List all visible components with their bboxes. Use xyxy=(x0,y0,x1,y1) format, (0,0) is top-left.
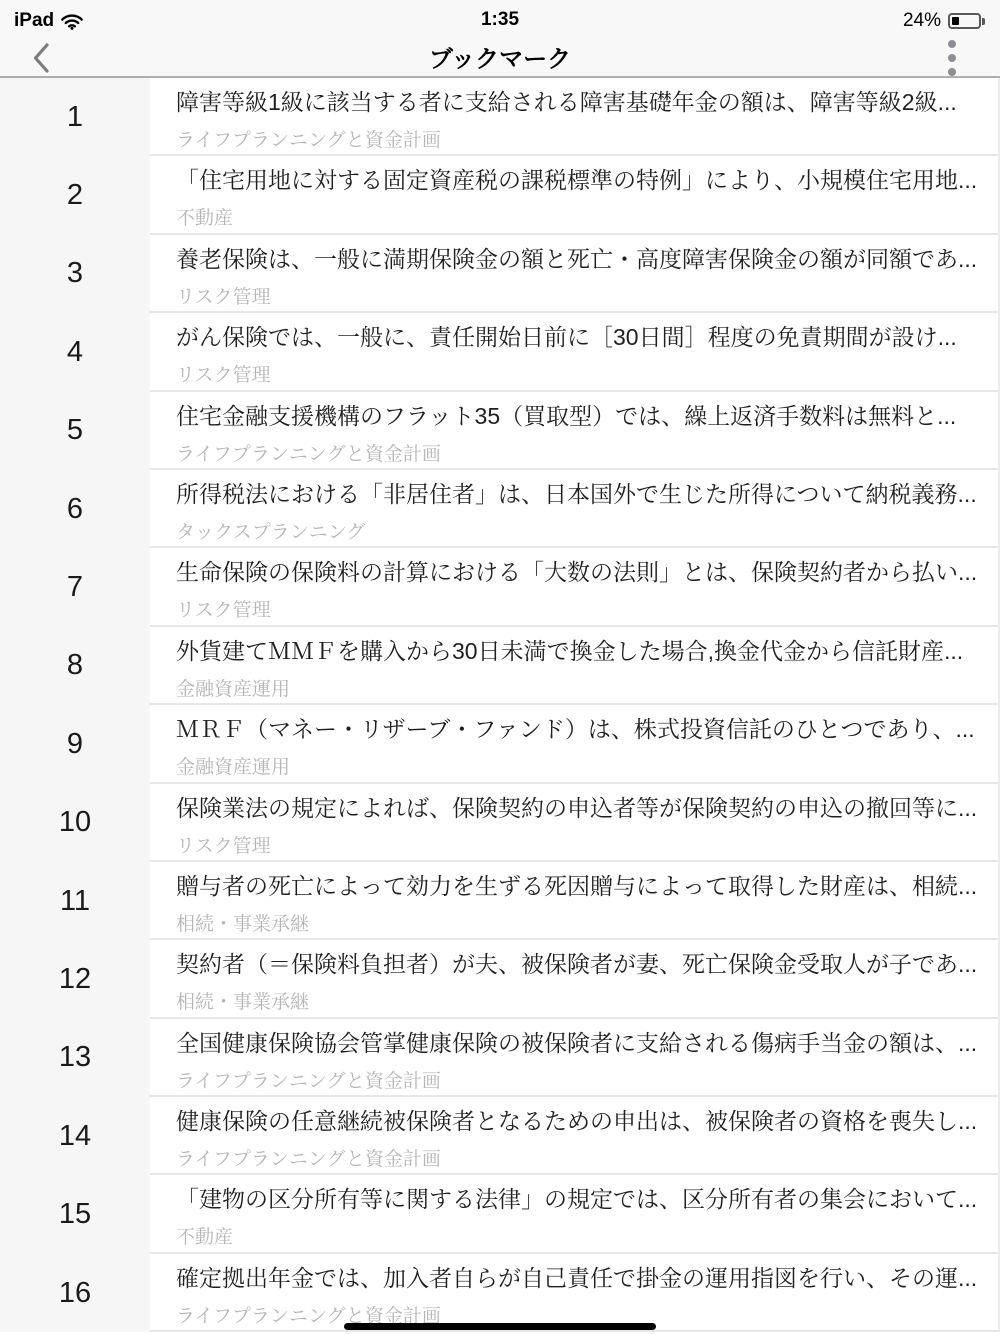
bookmark-title: 養老保険は、一般に満期保険金の額と死亡・高度障害保険金の額が同額であ... xyxy=(176,245,990,274)
bookmark-row[interactable]: 6 所得税法における「非居住者」は、日本国外で生じた所得について納税義務... … xyxy=(0,470,1000,548)
bookmark-title: がん保険では、一般に、責任開始日前に［30日間］程度の免責期間が設け... xyxy=(176,323,990,352)
bookmark-category: ライフプランニングと資金計画 xyxy=(176,439,990,466)
status-bar: iPad 1:35 24% xyxy=(0,0,1000,40)
bookmark-row[interactable]: 7 生命保険の保険料の計算における「大数の法則」とは、保険契約者から払い... … xyxy=(0,548,1000,626)
back-button[interactable] xyxy=(32,40,50,76)
bookmark-row[interactable]: 14 健康保険の任意継続被保険者となるための申出は、被保険者の資格を喪失し...… xyxy=(0,1097,1000,1175)
bookmark-content: 「建物の区分所有等に関する法律」の規定では、区分所有者の集会において... 不動… xyxy=(150,1175,1000,1253)
bookmark-content: 契約者（＝保険料負担者）が夫、被保険者が妻、死亡保険金受取人が子であ... 相続… xyxy=(150,940,1000,1018)
bookmark-title: 住宅金融支援機構のフラット35（買取型）では、繰上返済手数料は無料と... xyxy=(176,402,990,431)
bookmark-category: リスク管理 xyxy=(176,831,990,858)
bookmark-category: 不動産 xyxy=(176,203,990,230)
bookmark-row[interactable]: 5 住宅金融支援機構のフラット35（買取型）では、繰上返済手数料は無料と... … xyxy=(0,392,1000,470)
overflow-menu-button[interactable] xyxy=(942,38,962,78)
bookmark-content: 贈与者の死亡によって効力を生ずる死因贈与によって取得した財産は、相続... 相続… xyxy=(150,862,1000,940)
bookmark-number: 5 xyxy=(0,392,150,470)
bookmark-row[interactable]: 2 「住宅用地に対する固定資産税の課税標準の特例」により、小規模住宅用地... … xyxy=(0,156,1000,234)
bookmark-category: リスク管理 xyxy=(176,595,990,622)
bookmark-row[interactable]: 1 障害等級1級に該当する者に支給される障害基礎年金の額は、障害等級2級... … xyxy=(0,78,1000,156)
bookmark-list: 1 障害等級1級に該当する者に支給される障害基礎年金の額は、障害等級2級... … xyxy=(0,78,1000,1332)
status-time: 1:35 xyxy=(481,9,519,31)
bookmark-title: 契約者（＝保険料負担者）が夫、被保険者が妻、死亡保険金受取人が子であ... xyxy=(176,950,990,979)
bookmark-content: 生命保険の保険料の計算における「大数の法則」とは、保険契約者から払い... リス… xyxy=(150,548,1000,626)
bookmark-title: 保険業法の規定によれば、保険契約の申込者等が保険契約の申込の撤回等に... xyxy=(176,794,990,823)
bookmark-number: 11 xyxy=(0,862,150,940)
more-options-icon xyxy=(948,40,956,76)
bookmark-row[interactable]: 8 外貨建てＭＭＦを購入から30日未満で換金した場合,換金代金から信託財産...… xyxy=(0,627,1000,705)
battery-icon xyxy=(948,13,981,29)
battery-fill xyxy=(952,17,959,25)
bookmark-number: 6 xyxy=(0,470,150,548)
battery-percent-label: 24% xyxy=(903,10,941,32)
bookmark-content: 保険業法の規定によれば、保険契約の申込者等が保険契約の申込の撤回等に... リス… xyxy=(150,784,1000,862)
bookmark-number: 3 xyxy=(0,235,150,313)
bookmark-content: 「住宅用地に対する固定資産税の課税標準の特例」により、小規模住宅用地... 不動… xyxy=(150,156,1000,234)
bookmark-category: リスク管理 xyxy=(176,360,990,387)
bookmark-row[interactable]: 3 養老保険は、一般に満期保険金の額と死亡・高度障害保険金の額が同額であ... … xyxy=(0,235,1000,313)
bookmark-row[interactable]: 13 全国健康保険協会管掌健康保険の被保険者に支給される傷病手当金の額は、...… xyxy=(0,1019,1000,1097)
bookmark-category: 金融資産運用 xyxy=(176,674,990,701)
bookmark-title: 生命保険の保険料の計算における「大数の法則」とは、保険契約者から払い... xyxy=(176,558,990,587)
carrier-label: iPad xyxy=(14,10,54,32)
bookmark-content: 所得税法における「非居住者」は、日本国外で生じた所得について納税義務... タッ… xyxy=(150,470,1000,548)
page-title: ブックマーク xyxy=(429,39,571,74)
status-right: 24% xyxy=(903,10,986,32)
bookmark-title: 確定拠出年金では、加入者自らが自己責任で掛金の運用指図を行い、その運... xyxy=(176,1264,990,1293)
bookmark-number: 14 xyxy=(0,1097,150,1175)
bookmark-title: 「建物の区分所有等に関する法律」の規定では、区分所有者の集会において... xyxy=(176,1185,990,1214)
bookmark-content: 外貨建てＭＭＦを購入から30日未満で換金した場合,換金代金から信託財産... 金… xyxy=(150,627,1000,705)
bookmark-category: リスク管理 xyxy=(176,282,990,309)
bookmark-number: 10 xyxy=(0,784,150,862)
menu-dot xyxy=(948,68,956,76)
bookmark-category: 金融資産運用 xyxy=(176,752,990,779)
bookmark-title: 全国健康保険協会管掌健康保険の被保険者に支給される傷病手当金の額は、... xyxy=(176,1029,990,1058)
bookmark-number: 4 xyxy=(0,313,150,391)
bookmark-row[interactable]: 11 贈与者の死亡によって効力を生ずる死因贈与によって取得した財産は、相続...… xyxy=(0,862,1000,940)
bookmark-number: 12 xyxy=(0,940,150,1018)
bookmark-content: 障害等級1級に該当する者に支給される障害基礎年金の額は、障害等級2級... ライ… xyxy=(150,78,1000,156)
bookmark-number: 1 xyxy=(0,78,150,156)
bookmark-category: ライフプランニングと資金計画 xyxy=(176,1144,990,1171)
bookmark-content: 健康保険の任意継続被保険者となるための申出は、被保険者の資格を喪失し... ライ… xyxy=(150,1097,1000,1175)
bookmark-category: 相続・事業承継 xyxy=(176,909,990,936)
bookmark-title: 障害等級1級に該当する者に支給される障害基礎年金の額は、障害等級2級... xyxy=(176,88,990,117)
bookmark-title: 贈与者の死亡によって効力を生ずる死因贈与によって取得した財産は、相続... xyxy=(176,872,990,901)
bookmark-content: 確定拠出年金では、加入者自らが自己責任で掛金の運用指図を行い、その運... ライ… xyxy=(150,1254,1000,1332)
bookmark-row[interactable]: 9 ＭＲＦ（マネー・リザーブ・ファンド）は、株式投資信託のひとつであり、... … xyxy=(0,705,1000,783)
back-chevron-icon xyxy=(32,43,50,73)
bookmark-category: 相続・事業承継 xyxy=(176,987,990,1014)
menu-dot xyxy=(948,54,956,62)
nav-bar: ブックマーク xyxy=(0,40,1000,78)
bookmark-category: ライフプランニングと資金計画 xyxy=(176,125,990,152)
bookmark-number: 13 xyxy=(0,1019,150,1097)
bookmark-row[interactable]: 4 がん保険では、一般に、責任開始日前に［30日間］程度の免責期間が設け... … xyxy=(0,313,1000,391)
bookmark-content: がん保険では、一般に、責任開始日前に［30日間］程度の免責期間が設け... リス… xyxy=(150,313,1000,391)
bookmark-number: 15 xyxy=(0,1175,150,1253)
wifi-icon xyxy=(61,13,83,30)
bookmark-row[interactable]: 15 「建物の区分所有等に関する法律」の規定では、区分所有者の集会において...… xyxy=(0,1175,1000,1253)
home-indicator[interactable] xyxy=(344,1323,656,1330)
bookmark-title: ＭＲＦ（マネー・リザーブ・ファンド）は、株式投資信託のひとつであり、... xyxy=(176,715,990,744)
bookmark-category: ライフプランニングと資金計画 xyxy=(176,1066,990,1093)
bookmark-content: 全国健康保険協会管掌健康保険の被保険者に支給される傷病手当金の額は、... ライ… xyxy=(150,1019,1000,1097)
bookmark-title: 外貨建てＭＭＦを購入から30日未満で換金した場合,換金代金から信託財産... xyxy=(176,637,990,666)
menu-dot xyxy=(948,40,956,48)
bookmark-title: 健康保険の任意継続被保険者となるための申出は、被保険者の資格を喪失し... xyxy=(176,1107,990,1136)
bookmark-number: 7 xyxy=(0,548,150,626)
bookmark-content: 養老保険は、一般に満期保険金の額と死亡・高度障害保険金の額が同額であ... リス… xyxy=(150,235,1000,313)
bookmark-number: 8 xyxy=(0,627,150,705)
bookmark-category: 不動産 xyxy=(176,1222,990,1249)
bookmark-content: ＭＲＦ（マネー・リザーブ・ファンド）は、株式投資信託のひとつであり、... 金融… xyxy=(150,705,1000,783)
bookmark-number: 2 xyxy=(0,156,150,234)
bookmark-row[interactable]: 10 保険業法の規定によれば、保険契約の申込者等が保険契約の申込の撤回等に...… xyxy=(0,784,1000,862)
bookmarks-screen: iPad 1:35 24% ブックマーク xyxy=(0,0,1000,1334)
bookmark-title: 「住宅用地に対する固定資産税の課税標準の特例」により、小規模住宅用地... xyxy=(176,166,990,195)
bookmark-content: 住宅金融支援機構のフラット35（買取型）では、繰上返済手数料は無料と... ライ… xyxy=(150,392,1000,470)
bookmark-number: 16 xyxy=(0,1254,150,1332)
status-left: iPad xyxy=(14,10,83,32)
bookmark-number: 9 xyxy=(0,705,150,783)
bookmark-row[interactable]: 16 確定拠出年金では、加入者自らが自己責任で掛金の運用指図を行い、その運...… xyxy=(0,1254,1000,1332)
bookmark-category: タックスプランニング xyxy=(176,517,990,544)
bookmark-row[interactable]: 12 契約者（＝保険料負担者）が夫、被保険者が妻、死亡保険金受取人が子であ...… xyxy=(0,940,1000,1018)
bookmark-title: 所得税法における「非居住者」は、日本国外で生じた所得について納税義務... xyxy=(176,480,990,509)
